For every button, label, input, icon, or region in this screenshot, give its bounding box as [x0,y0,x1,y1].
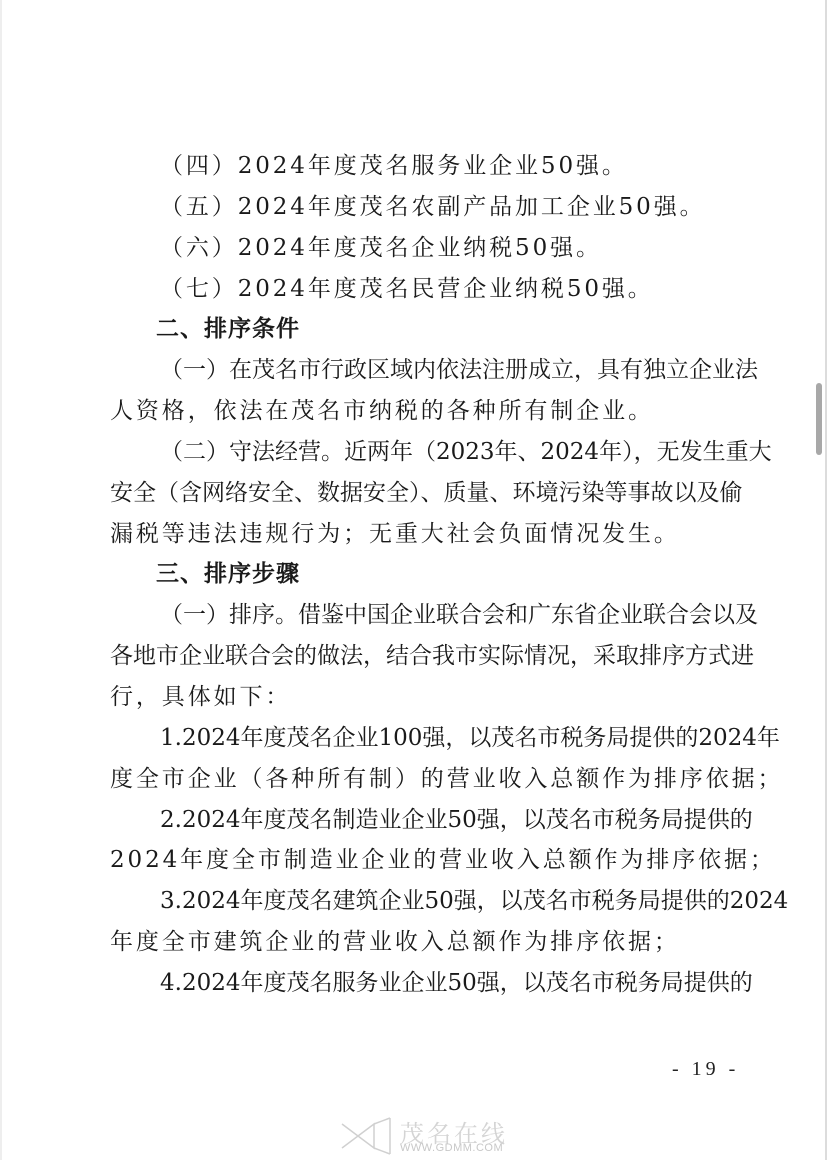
watermark: 茂名在线 WWW.GDMM.COM [340,1112,520,1160]
paragraph-line: （一）在茂名市行政区域内依法注册成立，具有独立企业法 [110,350,726,391]
paragraph-line: 安全（含网络安全、数据安全）、质量、环境污染等事故以及偷 [110,473,726,514]
section-heading-sorting-conditions: 二、排序条件 [110,309,726,350]
vertical-scrollbar-thumb[interactable] [816,383,822,455]
numbered-item-line: 年度全市建筑企业的营业收入总额作为排序依据； [110,922,726,963]
watermark-logo-icon [340,1114,396,1156]
paragraph-line: 人资格，依法在茂名市纳税的各种所有制企业。 [110,391,726,432]
numbered-item-line: 1.2024年度茂名企业100强，以茂名市税务局提供的2024年 [110,718,726,759]
list-item-6: （六）2024年度茂名企业纳税50强。 [110,228,726,269]
watermark-url: WWW.GDMM.COM [400,1142,503,1154]
numbered-item-line: 3.2024年度茂名建筑企业50强，以茂名市税务局提供的2024 [110,881,726,922]
numbered-item-line: 2024年度全市制造业企业的营业收入总额作为排序依据； [110,840,726,881]
paragraph-line: 各地市企业联合会的做法，结合我市实际情况，采取排序方式进 [110,636,726,677]
numbered-item-line: 2.2024年度茂名制造业企业50强，以茂名市税务局提供的 [110,800,726,841]
document-body: （四）2024年度茂名服务业企业50强。 （五）2024年度茂名农副产品加工企业… [110,146,726,1004]
page-edge-right [825,0,827,1160]
list-item-5: （五）2024年度茂名农副产品加工企业50强。 [110,187,726,228]
section-heading-sorting-steps: 三、排序步骤 [110,554,726,595]
paragraph-line: 行，具体如下： [110,677,726,718]
paragraph-line: 漏税等违法违规行为；无重大社会负面情况发生。 [110,514,726,555]
list-item-4: （四）2024年度茂名服务业企业50强。 [110,146,726,187]
numbered-item-line: 度全市企业（各种所有制）的营业收入总额作为排序依据； [110,759,726,800]
page-number: - 19 - [672,1058,739,1081]
list-item-7: （七）2024年度茂名民营企业纳税50强。 [110,269,726,310]
paragraph-line: （二）守法经营。近两年（2023年、2024年），无发生重大 [110,432,726,473]
paragraph-line: （一）排序。借鉴中国企业联合会和广东省企业联合会以及 [110,595,726,636]
page-edge-left [0,0,2,1160]
numbered-item-line: 4.2024年度茂名服务业企业50强，以茂名市税务局提供的 [110,963,726,1004]
